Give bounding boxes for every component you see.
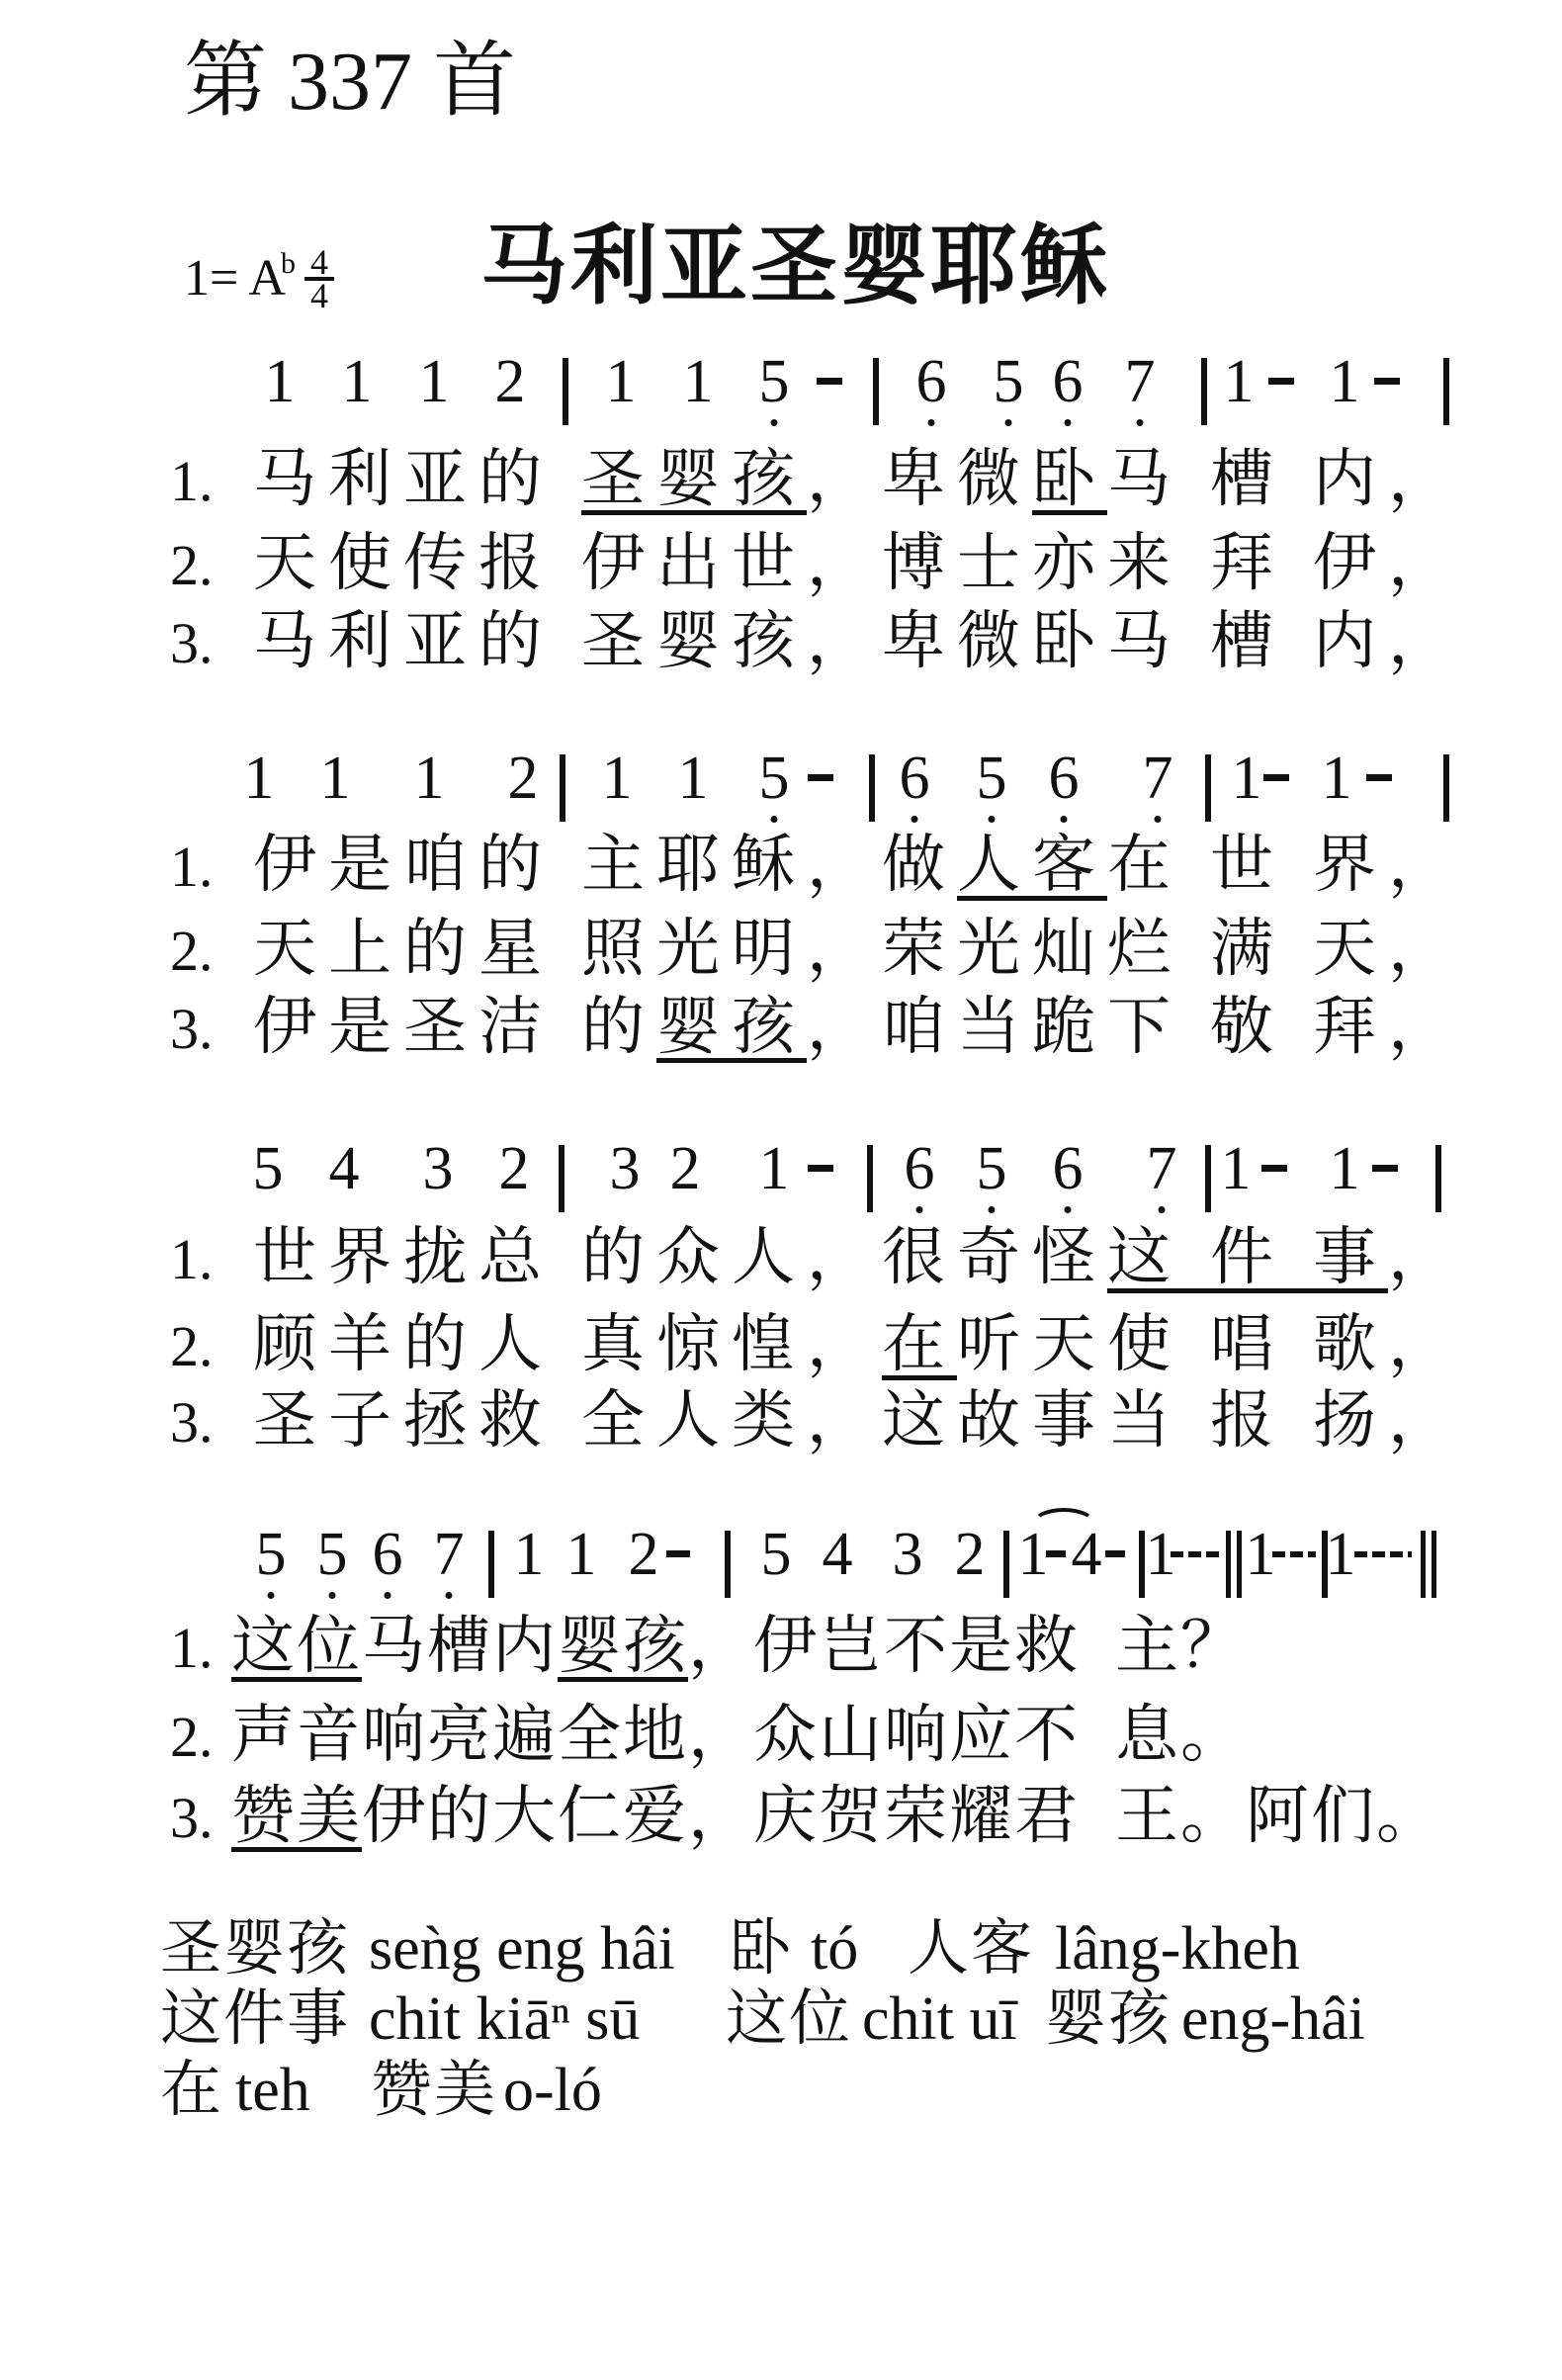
lyric-text: 伊的大仁爱，庆贺荣耀君 王。阿们。 <box>362 1781 1441 1851</box>
lyric-text: 伊是圣洁 的 <box>253 992 656 1062</box>
note: 1 <box>265 347 296 416</box>
lyric-text: 马利亚的 <box>253 444 581 514</box>
verse-number: 3. <box>170 990 253 1069</box>
lyric-text-underlined: 赞美 <box>231 1781 362 1851</box>
pron-hanzi: 婴孩 <box>1045 1983 1171 2056</box>
note: 1 <box>1330 1134 1360 1203</box>
sustain-dashes: – – <box>1272 1551 1316 1557</box>
barline: | <box>725 1531 731 1598</box>
verse-line: 2.声音响亮遍全地，众山响应不 息。 <box>170 1696 1246 1777</box>
lyric-text: 声音响亮遍全地，众山响应不 息。 <box>231 1700 1246 1770</box>
note: 1 <box>1246 1520 1276 1589</box>
verse-line: 1.世界拢总 的众人，很奇怪这 件 事， <box>170 1218 1463 1299</box>
lyric-text: ，卑微 <box>807 444 1032 514</box>
barline: | <box>1443 358 1449 425</box>
lyric-text-underlined: 这 件 事 <box>1107 1222 1388 1292</box>
note: 1 <box>566 1520 597 1589</box>
verse-line: 2.顾羊的人 真惊惶，在听天使 唱 歌， <box>170 1305 1463 1386</box>
note: 5 <box>317 1520 348 1589</box>
verse-number: 3. <box>170 604 253 683</box>
verse-number: 1. <box>170 1609 231 1688</box>
lyric-text-underlined: 这位 <box>231 1611 362 1681</box>
lyric-text: 天上的星 照光明，荣光灿烂 满 天， <box>253 914 1463 984</box>
hymn-number: 第 337 首 <box>184 41 516 124</box>
double-barline: || <box>1421 1531 1436 1598</box>
verse-line: 3.伊是圣洁 的婴孩，咱当跪下 敬 拜， <box>170 988 1463 1069</box>
note: 2 <box>495 347 526 416</box>
note: 5 <box>759 347 790 416</box>
lyric-text-underlined: 婴孩 <box>656 992 807 1062</box>
lyric-text-underlined: 人客 <box>957 830 1107 900</box>
verse-number: 2. <box>170 526 253 605</box>
verse-number: 1. <box>170 828 253 907</box>
note: 2 <box>955 1520 986 1589</box>
verse-line: 1.伊是咱的 主耶稣，做人客在 世 界， <box>170 826 1463 907</box>
pron-hanzi: 人客 <box>908 1912 1034 1985</box>
note: 6 <box>905 1134 935 1203</box>
lyric-text: 伊是咱的 主耶稣，做 <box>253 830 957 900</box>
note: 5 <box>759 744 790 813</box>
note: 6 <box>1049 744 1080 813</box>
note: 7 <box>1143 744 1173 813</box>
barline: | <box>867 1145 873 1212</box>
pron-romanization: seǹg eng hâi <box>369 1912 675 1985</box>
verse-line: 2.天使传报 伊出世，博士亦来 拜 伊， <box>170 524 1463 605</box>
note: 2 <box>499 1134 530 1203</box>
note: 7 <box>1147 1134 1177 1203</box>
lyric-text: 在 世 界， <box>1107 830 1463 900</box>
verse-line: 2.天上的星 照光明，荣光灿烂 满 天， <box>170 910 1463 991</box>
note: 6 <box>1053 347 1084 416</box>
note: 1 <box>320 744 351 813</box>
sustain-dash: – <box>1261 1165 1287 1172</box>
lyric-text: 世界拢总 的众人，很奇怪 <box>253 1222 1107 1292</box>
note: 5 <box>977 744 1007 813</box>
sustain-dashes: – – – <box>1171 1551 1224 1557</box>
verse-number: 1. <box>170 442 253 521</box>
pron-hanzi: 这件事 <box>160 1983 350 2056</box>
pron-hanzi: 卧 <box>730 1912 793 1985</box>
note: 2 <box>629 1520 659 1589</box>
verse-line: 3.马利亚的 圣婴孩，卑微卧马 槽 内， <box>170 602 1463 683</box>
sustain-dash: – <box>666 1550 690 1557</box>
pron-romanization: lâng-kheh <box>1055 1912 1300 1985</box>
note: 4 <box>823 1520 853 1589</box>
note: 4 <box>329 1134 360 1203</box>
note: 6 <box>900 744 930 813</box>
verse-number: 2. <box>170 1698 231 1777</box>
lyric-text-underlined: 圣婴孩 <box>581 444 807 514</box>
pron-hanzi: 在 <box>160 2054 223 2127</box>
note: 6 <box>1053 1134 1084 1203</box>
note: 5 <box>977 1134 1007 1203</box>
note: 3 <box>610 1134 641 1203</box>
verse-line: 3.赞美伊的大仁爱，庆贺荣耀君 王。阿们。 <box>170 1777 1441 1858</box>
pron-hanzi: 这位 <box>726 1983 852 2056</box>
barline: | <box>1139 1531 1145 1598</box>
lyric-text: 马 槽 内， <box>1107 444 1463 514</box>
note: 1 <box>514 1520 545 1589</box>
barline: | <box>1443 754 1449 822</box>
lyric-text-underlined: 婴孩 <box>558 1611 688 1681</box>
note: 6 <box>916 347 947 416</box>
lyric-text-underlined: 卧 <box>1032 444 1107 514</box>
lyric-text: 马槽内 <box>362 1611 558 1681</box>
note: 1 <box>606 347 637 416</box>
barline: | <box>563 358 568 425</box>
barline: | <box>873 358 879 425</box>
note: 1 <box>1330 347 1360 416</box>
note: 5 <box>761 1520 792 1589</box>
pron-hanzi: 圣婴孩 <box>160 1912 350 1985</box>
lyric-text: ， <box>1388 1222 1463 1292</box>
note: 1 <box>683 347 714 416</box>
barline: | <box>1201 358 1207 425</box>
note: 1 <box>1221 1134 1252 1203</box>
lyric-text: 天使传报 伊出世，博士亦来 拜 伊， <box>253 528 1463 598</box>
sustain-dash: – <box>1366 774 1392 781</box>
barline: | <box>1003 1531 1009 1598</box>
lyric-text-underlined: 在 <box>882 1309 957 1379</box>
note: 5 <box>256 1520 287 1589</box>
notation-row: 1 1 1 2 | 1 1 5 – | 6 5 6 7 | 1 – 1 – | <box>0 347 1562 436</box>
verse-number: 2. <box>170 912 253 991</box>
note: 1 <box>1232 744 1262 813</box>
pron-romanization: tó <box>811 1912 858 1985</box>
barline: | <box>1205 1145 1211 1212</box>
verse-number: 1. <box>170 1220 253 1299</box>
hymn-sheet: 第 337 首 1= Ab44 马利亚圣婴耶稣 1 1 1 2 | 1 1 5 … <box>0 0 1562 2380</box>
time-denominator: 4 <box>304 281 335 310</box>
hymn-title: 马利亚圣婴耶稣 <box>480 224 1110 311</box>
verse-line: 1.马利亚的 圣婴孩，卑微卧马 槽 内， <box>170 440 1463 521</box>
sustain-dashes: – – – <box>1354 1551 1412 1557</box>
note: 5 <box>253 1134 284 1203</box>
note: 3 <box>893 1520 923 1589</box>
sustain-dash: – <box>1046 1550 1066 1557</box>
lyric-text: 圣子拯救 全人类，这故事当 报 扬， <box>253 1385 1463 1455</box>
note: 2 <box>508 744 539 813</box>
verse-number: 3. <box>170 1383 253 1462</box>
time-numerator: 4 <box>304 247 335 277</box>
sustain-dash: – <box>1372 1165 1398 1172</box>
pron-romanization: chit uī <box>862 1983 1017 2056</box>
sustain-dash: – <box>808 1165 833 1172</box>
note: 1 <box>759 1134 790 1203</box>
note: 5 <box>994 347 1024 416</box>
barline: | <box>560 754 565 822</box>
verse-line: 1.这位马槽内婴孩，伊岂不是救 主？ <box>170 1607 1246 1688</box>
pron-romanization: teh <box>235 2054 310 2127</box>
flat-accidental: b <box>281 247 296 280</box>
verse-line: 3.圣子拯救 全人类，这故事当 报 扬， <box>170 1381 1463 1462</box>
barline: | <box>1205 754 1211 822</box>
pron-hanzi: 赞美 <box>371 2054 497 2127</box>
barline: | <box>869 754 875 822</box>
double-barline: || <box>1226 1531 1242 1598</box>
note: 7 <box>1125 347 1156 416</box>
verse-number: 3. <box>170 1779 231 1858</box>
note: 7 <box>434 1520 465 1589</box>
lyric-text: 顾羊的人 真惊惶， <box>253 1309 882 1379</box>
barline: | <box>488 1531 494 1598</box>
barline: | <box>1435 1145 1441 1212</box>
note: 1 <box>244 744 275 813</box>
sustain-dash: – <box>1268 378 1294 385</box>
key-tonic: 1= <box>184 250 238 307</box>
verse-number: 2. <box>170 1307 253 1386</box>
note: 1 <box>1224 347 1255 416</box>
time-signature: 44 <box>304 247 335 310</box>
note: 1 <box>419 347 450 416</box>
lyric-text: 马利亚的 圣婴孩，卑微卧马 槽 内， <box>253 606 1463 676</box>
note: 3 <box>423 1134 454 1203</box>
note: 6 <box>373 1520 403 1589</box>
note: 1 <box>414 744 445 813</box>
sustain-dash: – <box>1263 774 1289 781</box>
barline: | <box>559 1145 564 1212</box>
note: 1 <box>1326 1520 1356 1589</box>
key-signature: 1= Ab44 <box>184 253 352 322</box>
pron-romanization: chit kiāⁿ sū <box>369 1983 640 2056</box>
note: 1 <box>1322 744 1352 813</box>
lyric-text: ，伊岂不是救 主？ <box>688 1611 1246 1681</box>
sustain-dash: – <box>1105 1550 1125 1557</box>
note: 1 <box>1018 1520 1049 1589</box>
notation-row: 5 5 6 7 | 1 1 2 – | 5 4 3 2 | 1 – 4 – | … <box>0 1520 1562 1609</box>
sustain-dash: – <box>808 774 833 781</box>
note: 1 <box>602 744 633 813</box>
sustain-dash: – <box>817 378 842 385</box>
pron-romanization: eng-hâi <box>1181 1983 1365 2056</box>
note: 1 <box>678 744 709 813</box>
note: 4 <box>1072 1520 1102 1589</box>
lyric-text: ，咱当跪下 敬 拜， <box>807 992 1463 1062</box>
lyric-text: 听天使 唱 歌， <box>957 1309 1463 1379</box>
notation-row: 5 4 3 2 | 3 2 1 – | 6 5 6 7 | 1 – 1 – | <box>0 1134 1562 1223</box>
notation-row: 1 1 1 2 | 1 1 5 – | 6 5 6 7 | 1 – 1 – | <box>0 744 1562 833</box>
sustain-dash: – <box>1374 378 1400 385</box>
pron-romanization: o-ló <box>503 2054 602 2127</box>
note: 2 <box>670 1134 701 1203</box>
note: 1 <box>342 347 373 416</box>
